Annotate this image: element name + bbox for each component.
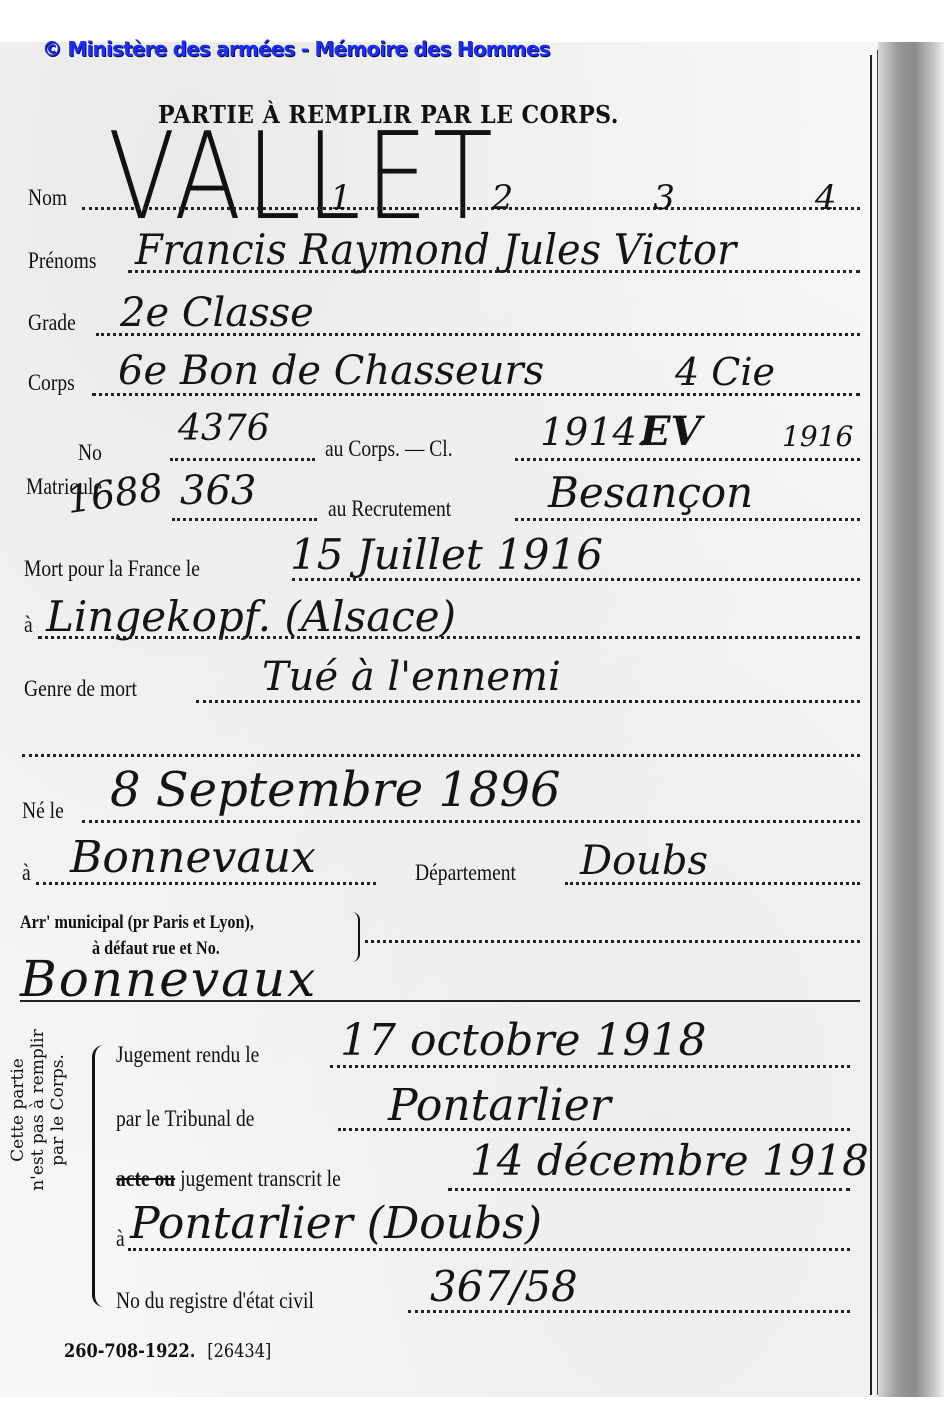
jugement-brace (92, 1045, 105, 1307)
mort-line (292, 578, 860, 581)
transcrit-value: 14 décembre 1918 (470, 1136, 869, 1185)
corps-line (92, 393, 860, 396)
genre-mort-line (196, 700, 860, 703)
recrutement-line (515, 518, 860, 521)
naissance-label: Né le (22, 798, 64, 824)
classe-engagement: EV (640, 408, 702, 455)
corps-label: Corps (28, 370, 75, 396)
jugement-rendu-label: Jugement rendu le (116, 1042, 259, 1068)
side-note-line3: par le Corps. (48, 960, 68, 1260)
arr-municipal-label: Arr' municipal (pr Paris et Lyon), (20, 912, 254, 934)
grade-line (96, 333, 860, 336)
naissance-line (82, 820, 860, 823)
lieu-naissance-value: Bonnevaux (70, 832, 316, 883)
recrutement-place: Besançon (548, 468, 753, 517)
matricule-corps-line (170, 458, 315, 461)
corps-value: 6e Bon de Chasseurs (118, 348, 544, 394)
prenoms-order-marks: 1234 (330, 178, 944, 218)
tribunal-value: Pontarlier (388, 1080, 611, 1131)
mort-value: 15 Juillet 1916 (290, 530, 603, 579)
margin-rule (870, 55, 872, 1395)
brace (352, 912, 360, 962)
prenoms-label: Prénoms (28, 248, 96, 274)
side-note-line2: n'est pas à remplir (28, 960, 48, 1260)
registre-line (408, 1310, 850, 1313)
registre-label: No du registre d'état civil (116, 1288, 314, 1314)
nom-label: Nom (28, 185, 67, 211)
registre-value: 367/58 (430, 1262, 578, 1311)
lieu-naissance-label: à (22, 860, 31, 886)
jugement-lieu-line (128, 1248, 850, 1251)
section-divider (20, 1000, 860, 1002)
grade-label: Grade (28, 310, 76, 336)
matricule-corps-label: au Corps. — Cl. (325, 436, 453, 462)
lieu-mort-value: Lingekopf. (Alsace) (46, 592, 456, 641)
corps-company: 4 Cie (675, 350, 775, 394)
scan-edge-shadow (878, 42, 944, 1397)
jugement-lieu-label: à (116, 1226, 125, 1252)
tribunal-label: par le Tribunal de (116, 1106, 254, 1132)
matricule-recrutement-value: 363 (180, 468, 256, 514)
jugement-rendu-line (330, 1065, 850, 1068)
print-code-ref: [26434] (207, 1340, 271, 1362)
grade-value: 2e Classe (120, 290, 314, 336)
transcrit-line (448, 1188, 850, 1191)
transcrit-struck-label: acte ou (116, 1166, 175, 1191)
prenoms-line (128, 270, 860, 273)
lieu-naissance-line (36, 882, 376, 885)
departement-label: Département (415, 860, 516, 886)
matricule-corps-value: 4376 (178, 408, 270, 449)
copyright-watermark: © Ministère des armées - Mémoire des Hom… (42, 37, 550, 61)
blank-line (22, 754, 860, 757)
lieu-mort-line (38, 636, 860, 639)
genre-mort-label: Genre de mort (24, 676, 137, 702)
departement-value: Doubs (580, 838, 708, 884)
classe-year: 1916 (782, 420, 853, 453)
lieu-mort-label: à (24, 612, 33, 638)
naissance-value: 8 Septembre 1896 (110, 762, 561, 818)
jugement-rendu-value: 17 octobre 1918 (340, 1015, 706, 1066)
departement-line (565, 882, 860, 885)
transcrit-label-text: jugement transcrit le (180, 1166, 341, 1191)
jugement-lieu-value: Pontarlier (Doubs) (130, 1198, 542, 1249)
arr-municipal-line (365, 940, 860, 943)
numero-label: No (78, 440, 102, 466)
matricule-recrutement-line (172, 518, 317, 521)
side-note-line1: Cette partie (8, 960, 28, 1260)
classe-value: 1914. (540, 410, 649, 454)
print-code: 260-708-1922.[26434] (64, 1340, 271, 1362)
genre-mort-value: Tué à l'ennemi (262, 654, 561, 700)
mort-label: Mort pour la France le (24, 556, 200, 582)
tribunal-line (338, 1128, 850, 1131)
prenoms-value: Francis Raymond Jules Victor (135, 225, 736, 274)
margin-rule-outer (877, 50, 878, 1395)
print-code-number: 260-708-1922. (64, 1340, 195, 1362)
classe-line (515, 458, 860, 461)
matricule-recrutement-label: au Recrutement (328, 496, 451, 522)
transcrit-label: acte ou jugement transcrit le (116, 1166, 341, 1192)
jugement-side-note: Cette partie n'est pas à remplir par le … (8, 960, 68, 1260)
